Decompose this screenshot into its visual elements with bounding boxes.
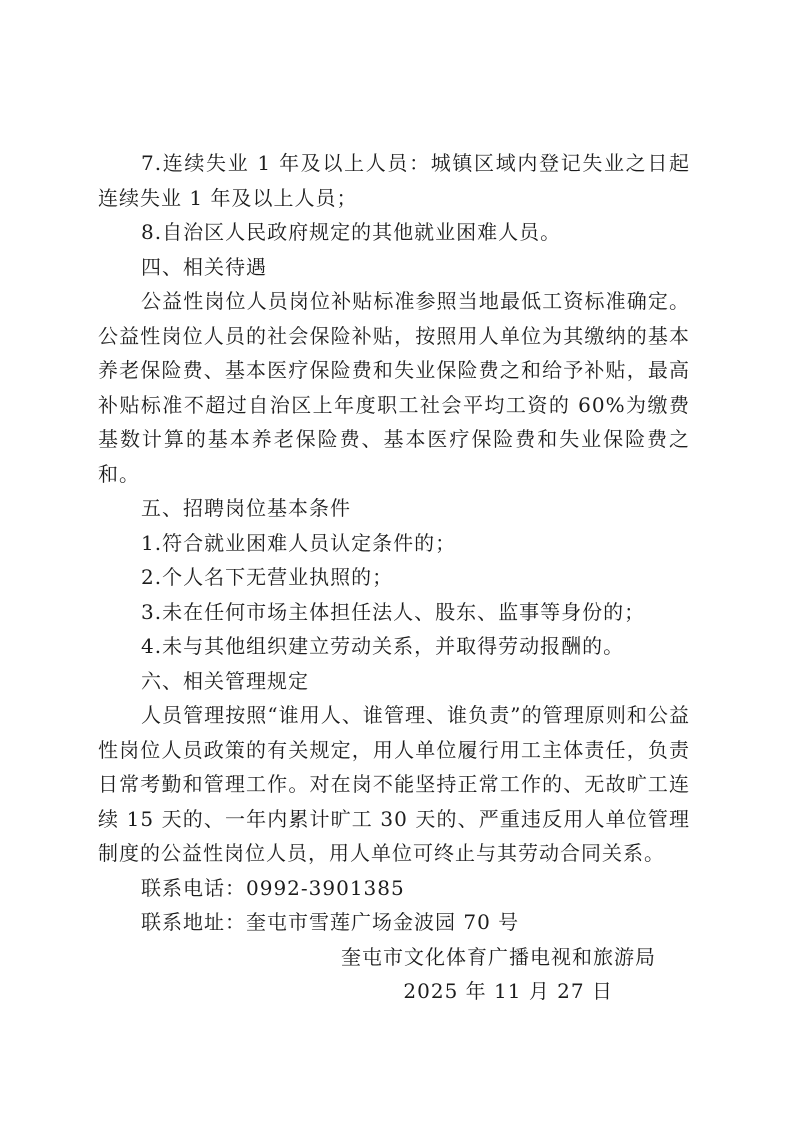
condition-item-1: 1.符合就业困难人员认定条件的； (98, 526, 690, 561)
condition-item-2: 2.个人名下无营业执照的； (98, 560, 690, 595)
document-page: 7.连续失业 1 年及以上人员：城镇区域内登记失业之日起连续失业 1 年及以上人… (0, 0, 793, 1122)
benefits-paragraph: 公益性岗位人员岗位补贴标准参照当地最低工资标准确定。公益性岗位人员的社会保险补贴… (98, 284, 690, 491)
management-paragraph: 人员管理按照“谁用人、谁管理、谁负责”的管理原则和公益性岗位人员政策的有关规定，… (98, 698, 690, 871)
section-heading-conditions: 五、招聘岗位基本条件 (98, 491, 690, 526)
section-heading-benefits: 四、相关待遇 (98, 250, 690, 285)
list-item-other-difficult: 8.自治区人民政府规定的其他就业困难人员。 (98, 215, 690, 250)
condition-item-4: 4.未与其他组织建立劳动关系，并取得劳动报酬的。 (98, 629, 690, 664)
condition-item-3: 3.未在任何市场主体担任法人、股东、监事等身份的； (98, 595, 690, 630)
section-heading-management: 六、相关管理规定 (98, 664, 690, 699)
contact-phone-line: 联系电话：0992-3901385 (98, 871, 690, 906)
issue-date: 2025 年 11 月 27 日 (98, 974, 690, 1009)
contact-address-line: 联系地址：奎屯市雪莲广场金波园 70 号 (98, 905, 690, 940)
issuing-authority: 奎屯市文化体育广播电视和旅游局 (98, 940, 690, 975)
document-body: 7.连续失业 1 年及以上人员：城镇区域内登记失业之日起连续失业 1 年及以上人… (98, 146, 690, 1009)
list-item-unemployed-1yr: 7.连续失业 1 年及以上人员：城镇区域内登记失业之日起连续失业 1 年及以上人… (98, 146, 690, 215)
